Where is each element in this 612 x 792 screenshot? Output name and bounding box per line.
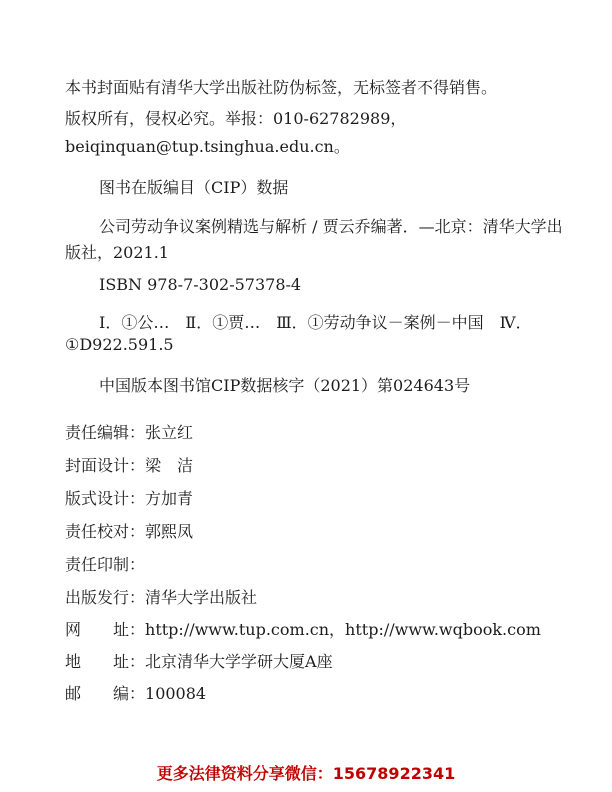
cip-registration: 中国版本图书馆CIP数据核字（2021）第024643号 [65,378,557,394]
staff-name: 方加青 [145,491,193,507]
staff-row-editor: 责任编辑：张立红 [65,425,557,441]
wechat-watermark: 更多法律资料分享微信：15678922341 [0,766,612,782]
publisher-row: 出版发行：清华大学出版社 [65,590,557,606]
staff-row-layout-design: 版式设计：方加青 [65,491,557,507]
cip-title-line1: 公司劳动争议案例精选与解析 / 贾云乔编著．—北京：清华大学出 [65,219,557,235]
cip-classification-line1: Ⅰ．①公… Ⅱ．①贾… Ⅲ．①劳动争议－案例－中国 Ⅳ． [65,315,557,331]
address-row: 地 址：北京清华大学学研大厦A座 [65,654,557,670]
postcode-value: 100084 [145,686,206,702]
report-email: beiqinquan@tup.tsinghua.edu.cn。 [65,139,557,155]
website-row: 网 址：http://www.tup.com.cn，http://www.wqb… [65,622,557,638]
staff-label: 责任编辑： [65,425,145,441]
anti-piracy-notice-line2: 版权所有，侵权必究。举报：010-62782989， [65,111,557,127]
staff-label: 版式设计： [65,491,145,507]
staff-row-cover-design: 封面设计：梁 洁 [65,458,557,474]
postcode-row: 邮 编：100084 [65,686,557,702]
isbn-line: ISBN 978-7-302-57378-4 [65,277,557,293]
cip-classification-line2: ①D922.591.5 [65,337,557,353]
publisher-label: 出版发行： [65,590,145,606]
staff-label: 责任印制： [65,557,145,573]
staff-name: 张立红 [145,425,193,441]
staff-name: 梁 洁 [145,458,193,474]
website-value: http://www.tup.com.cn，http://www.wqbook.… [145,622,541,638]
anti-piracy-notice-line1: 本书封面贴有清华大学出版社防伪标签，无标签者不得销售。 [65,80,557,96]
staff-row-printing: 责任印制： [65,557,557,573]
publisher-value: 清华大学出版社 [145,590,257,606]
staff-name: 郭熙凤 [145,524,193,540]
cip-title-line2: 版社，2021.1 [65,245,557,261]
website-label: 网 址： [65,622,145,638]
address-label: 地 址： [65,654,145,670]
staff-label: 封面设计： [65,458,145,474]
staff-row-proofreader: 责任校对：郭熙凤 [65,524,557,540]
page-body: 本书封面贴有清华大学出版社防伪标签，无标签者不得销售。 版权所有，侵权必究。举报… [65,0,557,702]
address-value: 北京清华大学学研大厦A座 [145,654,333,670]
copyright-page: 本书封面贴有清华大学出版社防伪标签，无标签者不得销售。 版权所有，侵权必究。举报… [0,0,612,792]
postcode-label: 邮 编： [65,686,145,702]
cip-heading: 图书在版编目（CIP）数据 [65,180,557,196]
staff-label: 责任校对： [65,524,145,540]
